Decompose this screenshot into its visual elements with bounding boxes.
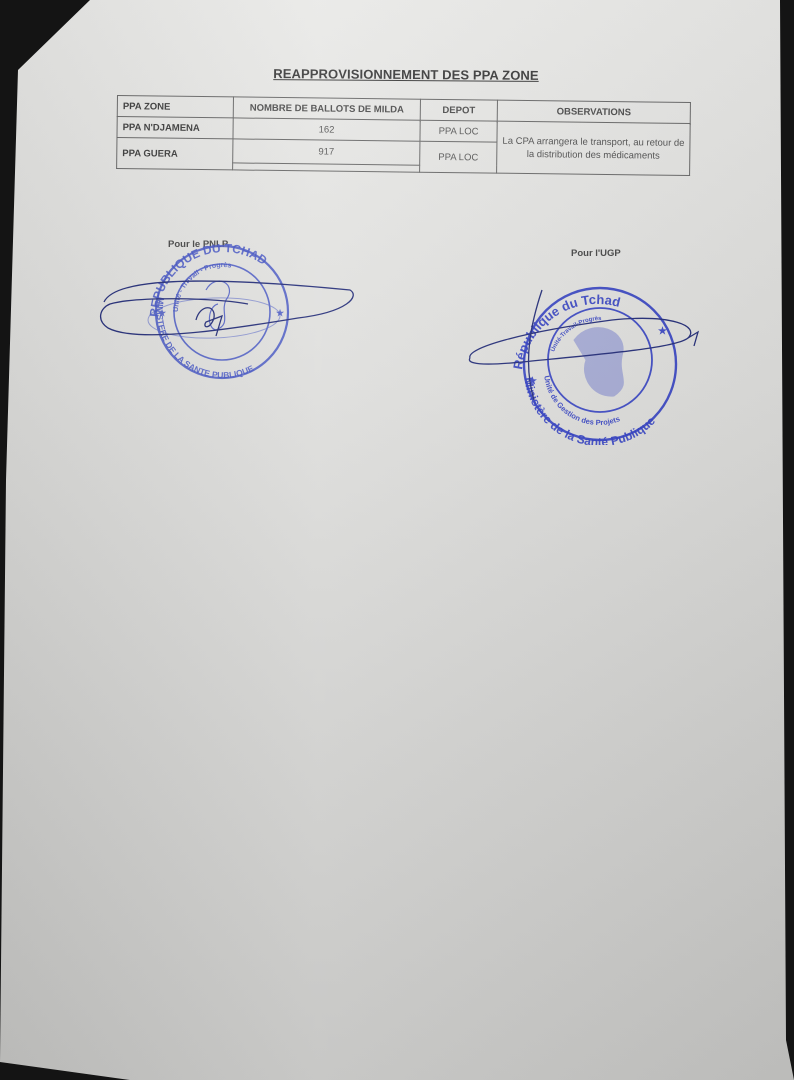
header-depot: DEPOT [420, 99, 497, 121]
header-ballots: NOMBRE DE BALLOTS DE MILDA [233, 97, 420, 120]
svg-text:Unité - Travail - Progrès: Unité - Travail - Progrès [173, 262, 232, 312]
stamp-text-motto: Unité - Travail - Progrès [173, 262, 232, 312]
stamp-text-bottom: MINISTERE DE LA SANTE PUBLIQUE [155, 296, 256, 380]
document-title: REAPPROVISIONNEMENT DES PPA ZONE [0, 64, 794, 85]
svg-text:Unité-Travail-Progrès: Unité-Travail-Progrès [550, 316, 602, 353]
table-row: PPA GUERA 917 PPA LOC [117, 138, 690, 169]
svg-text:REPUBLIQUE DU TCHAD: REPUBLIQUE DU TCHAD [147, 241, 270, 317]
stamp-ugp: République du Tchad Ministère de la Sant… [462, 280, 722, 445]
star-icon: ★ [158, 308, 167, 318]
stamp-text-bottom: Ministère de la Santé Publique [521, 376, 658, 445]
stamp-text-motto: Unité-Travail-Progrès [550, 316, 602, 353]
signature-scrawl [469, 290, 698, 400]
zone-cell: PPA N'DJAMENA [117, 117, 233, 139]
depot-cell: PPA LOC [420, 120, 497, 142]
svg-text:République du Tchad: République du Tchad [510, 292, 622, 371]
table-row: 162 PPA LOC La CPA arrangera le transpor… [117, 117, 690, 145]
header-ppa-zone: PPA ZONE [117, 96, 233, 118]
zone-cell: PPA GUERA [117, 138, 233, 170]
ballots-cell-spacer [233, 163, 420, 173]
star-icon: ★ [276, 308, 285, 318]
resupply-table: PPA ZONE NOMBRE DE BALLOTS DE MILDA DEPO… [116, 95, 691, 176]
stamp-text-outer: République du Tchad [510, 292, 622, 371]
signature-scrawl [101, 281, 354, 336]
observation-cell: La CPA arrangera le transport, au retour… [497, 121, 691, 175]
svg-text:Ministère de la Santé Publique: Ministère de la Santé Publique [521, 376, 658, 445]
header-observations: OBSERVATIONS [497, 100, 690, 123]
stamp-pnlp: REPUBLIQUE DU TCHAD MINISTERE DE LA SANT… [98, 232, 358, 392]
stamp-text-inner: Unité de Gestion des Projets [542, 375, 621, 427]
ballots-cell: 162 [233, 118, 420, 141]
signature-label-ugp: Pour l'UGP [571, 248, 621, 259]
stamp-text-outer: REPUBLIQUE DU TCHAD [147, 241, 270, 317]
depot-cell: PPA LOC [420, 141, 497, 173]
svg-text:Unité de Gestion des Projets: Unité de Gestion des Projets [542, 375, 621, 427]
signature-label-pnlp: Pour le PNLP [168, 239, 228, 250]
table-row-spacer [117, 161, 690, 175]
svg-text:MINISTERE DE LA SANTE PUBLIQUE: MINISTERE DE LA SANTE PUBLIQUE [155, 296, 256, 380]
star-icon: ★ [658, 326, 667, 337]
table-header-row: PPA ZONE NOMBRE DE BALLOTS DE MILDA DEPO… [117, 96, 690, 124]
ballots-cell: 917 [233, 139, 420, 165]
paper-sheet: REAPPROVISIONNEMENT DES PPA ZONE PPA ZON… [0, 0, 794, 1080]
star-icon: ★ [528, 376, 537, 387]
table-row: PPA N'DJAMENA [117, 117, 690, 124]
